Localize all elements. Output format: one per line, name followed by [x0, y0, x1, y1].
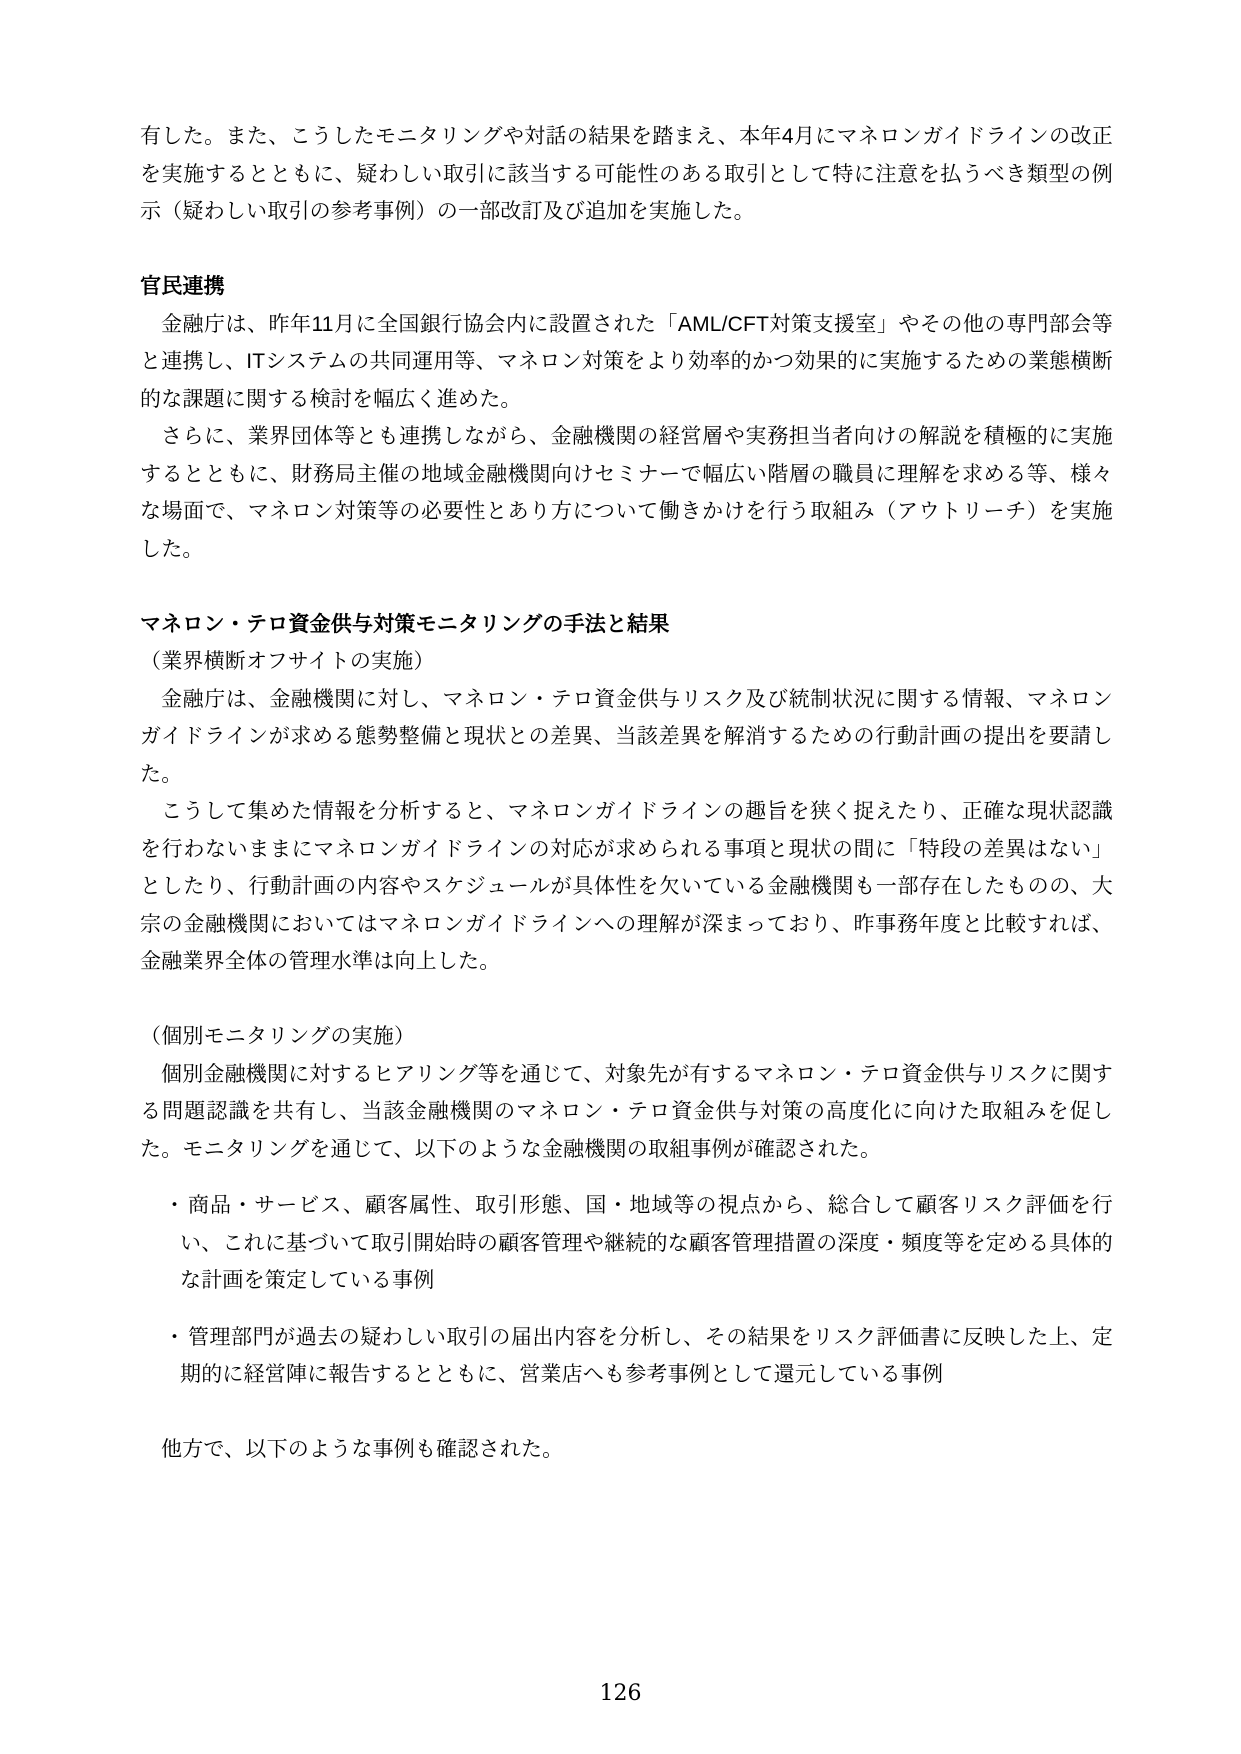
paragraph-offsite-1: 金融庁は、金融機関に対し、マネロン・テロ資金供与リスク及び統制状況に関する情報、… — [140, 681, 1113, 794]
paragraph-other-cases: 他方で、以下のような事例も確認された。 — [140, 1431, 1113, 1469]
bullet-dot-icon: ・ — [164, 1319, 185, 1357]
bullet-item-risk-rating: ・ 商品・サービス、顧客属性、取引形態、国・地域等の視点から、総合して顧客リスク… — [140, 1187, 1113, 1300]
document-content: 有した。また、こうしたモニタリングや対話の結果を踏まえ、本年4月にマネロンガイド… — [140, 118, 1113, 1469]
document-page: 有した。また、こうしたモニタリングや対話の結果を踏まえ、本年4月にマネロンガイド… — [0, 0, 1241, 1754]
paragraph-kanmin-1: 金融庁は、昨年11月に全国銀行協会内に設置された「AML/CFT対策支援室」やそ… — [140, 306, 1113, 419]
page-number: 126 — [0, 1681, 1241, 1707]
subheading-individual-monitoring: （個別モニタリングの実施） — [140, 1018, 1113, 1056]
paragraph-offsite-2: こうして集めた情報を分析すると、マネロンガイドラインの趣旨を狭く捉えたり、正確な… — [140, 793, 1113, 981]
bullet-text: 管理部門が過去の疑わしい取引の届出内容を分析し、その結果をリスク評価書に反映した… — [180, 1326, 1113, 1387]
heading-monitoring-methods: マネロン・テロ資金供与対策モニタリングの手法と結果 — [140, 606, 1113, 644]
bullet-text: 商品・サービス、顧客属性、取引形態、国・地域等の視点から、総合して顧客リスク評価… — [180, 1194, 1113, 1292]
heading-kanmin-renkei: 官民連携 — [140, 268, 1113, 306]
paragraph-individual-1: 個別金融機関に対するヒアリング等を通じて、対象先が有するマネロン・テロ資金供与リ… — [140, 1056, 1113, 1169]
subheading-offsite: （業界横断オフサイトの実施） — [140, 643, 1113, 681]
paragraph-continuation: 有した。また、こうしたモニタリングや対話の結果を踏まえ、本年4月にマネロンガイド… — [140, 118, 1113, 231]
bullet-item-str-analysis: ・ 管理部門が過去の疑わしい取引の届出内容を分析し、その結果をリスク評価書に反映… — [140, 1319, 1113, 1394]
bullet-dot-icon: ・ — [164, 1187, 185, 1225]
paragraph-kanmin-2: さらに、業界団体等とも連携しながら、金融機関の経営層や実務担当者向けの解説を積極… — [140, 418, 1113, 568]
